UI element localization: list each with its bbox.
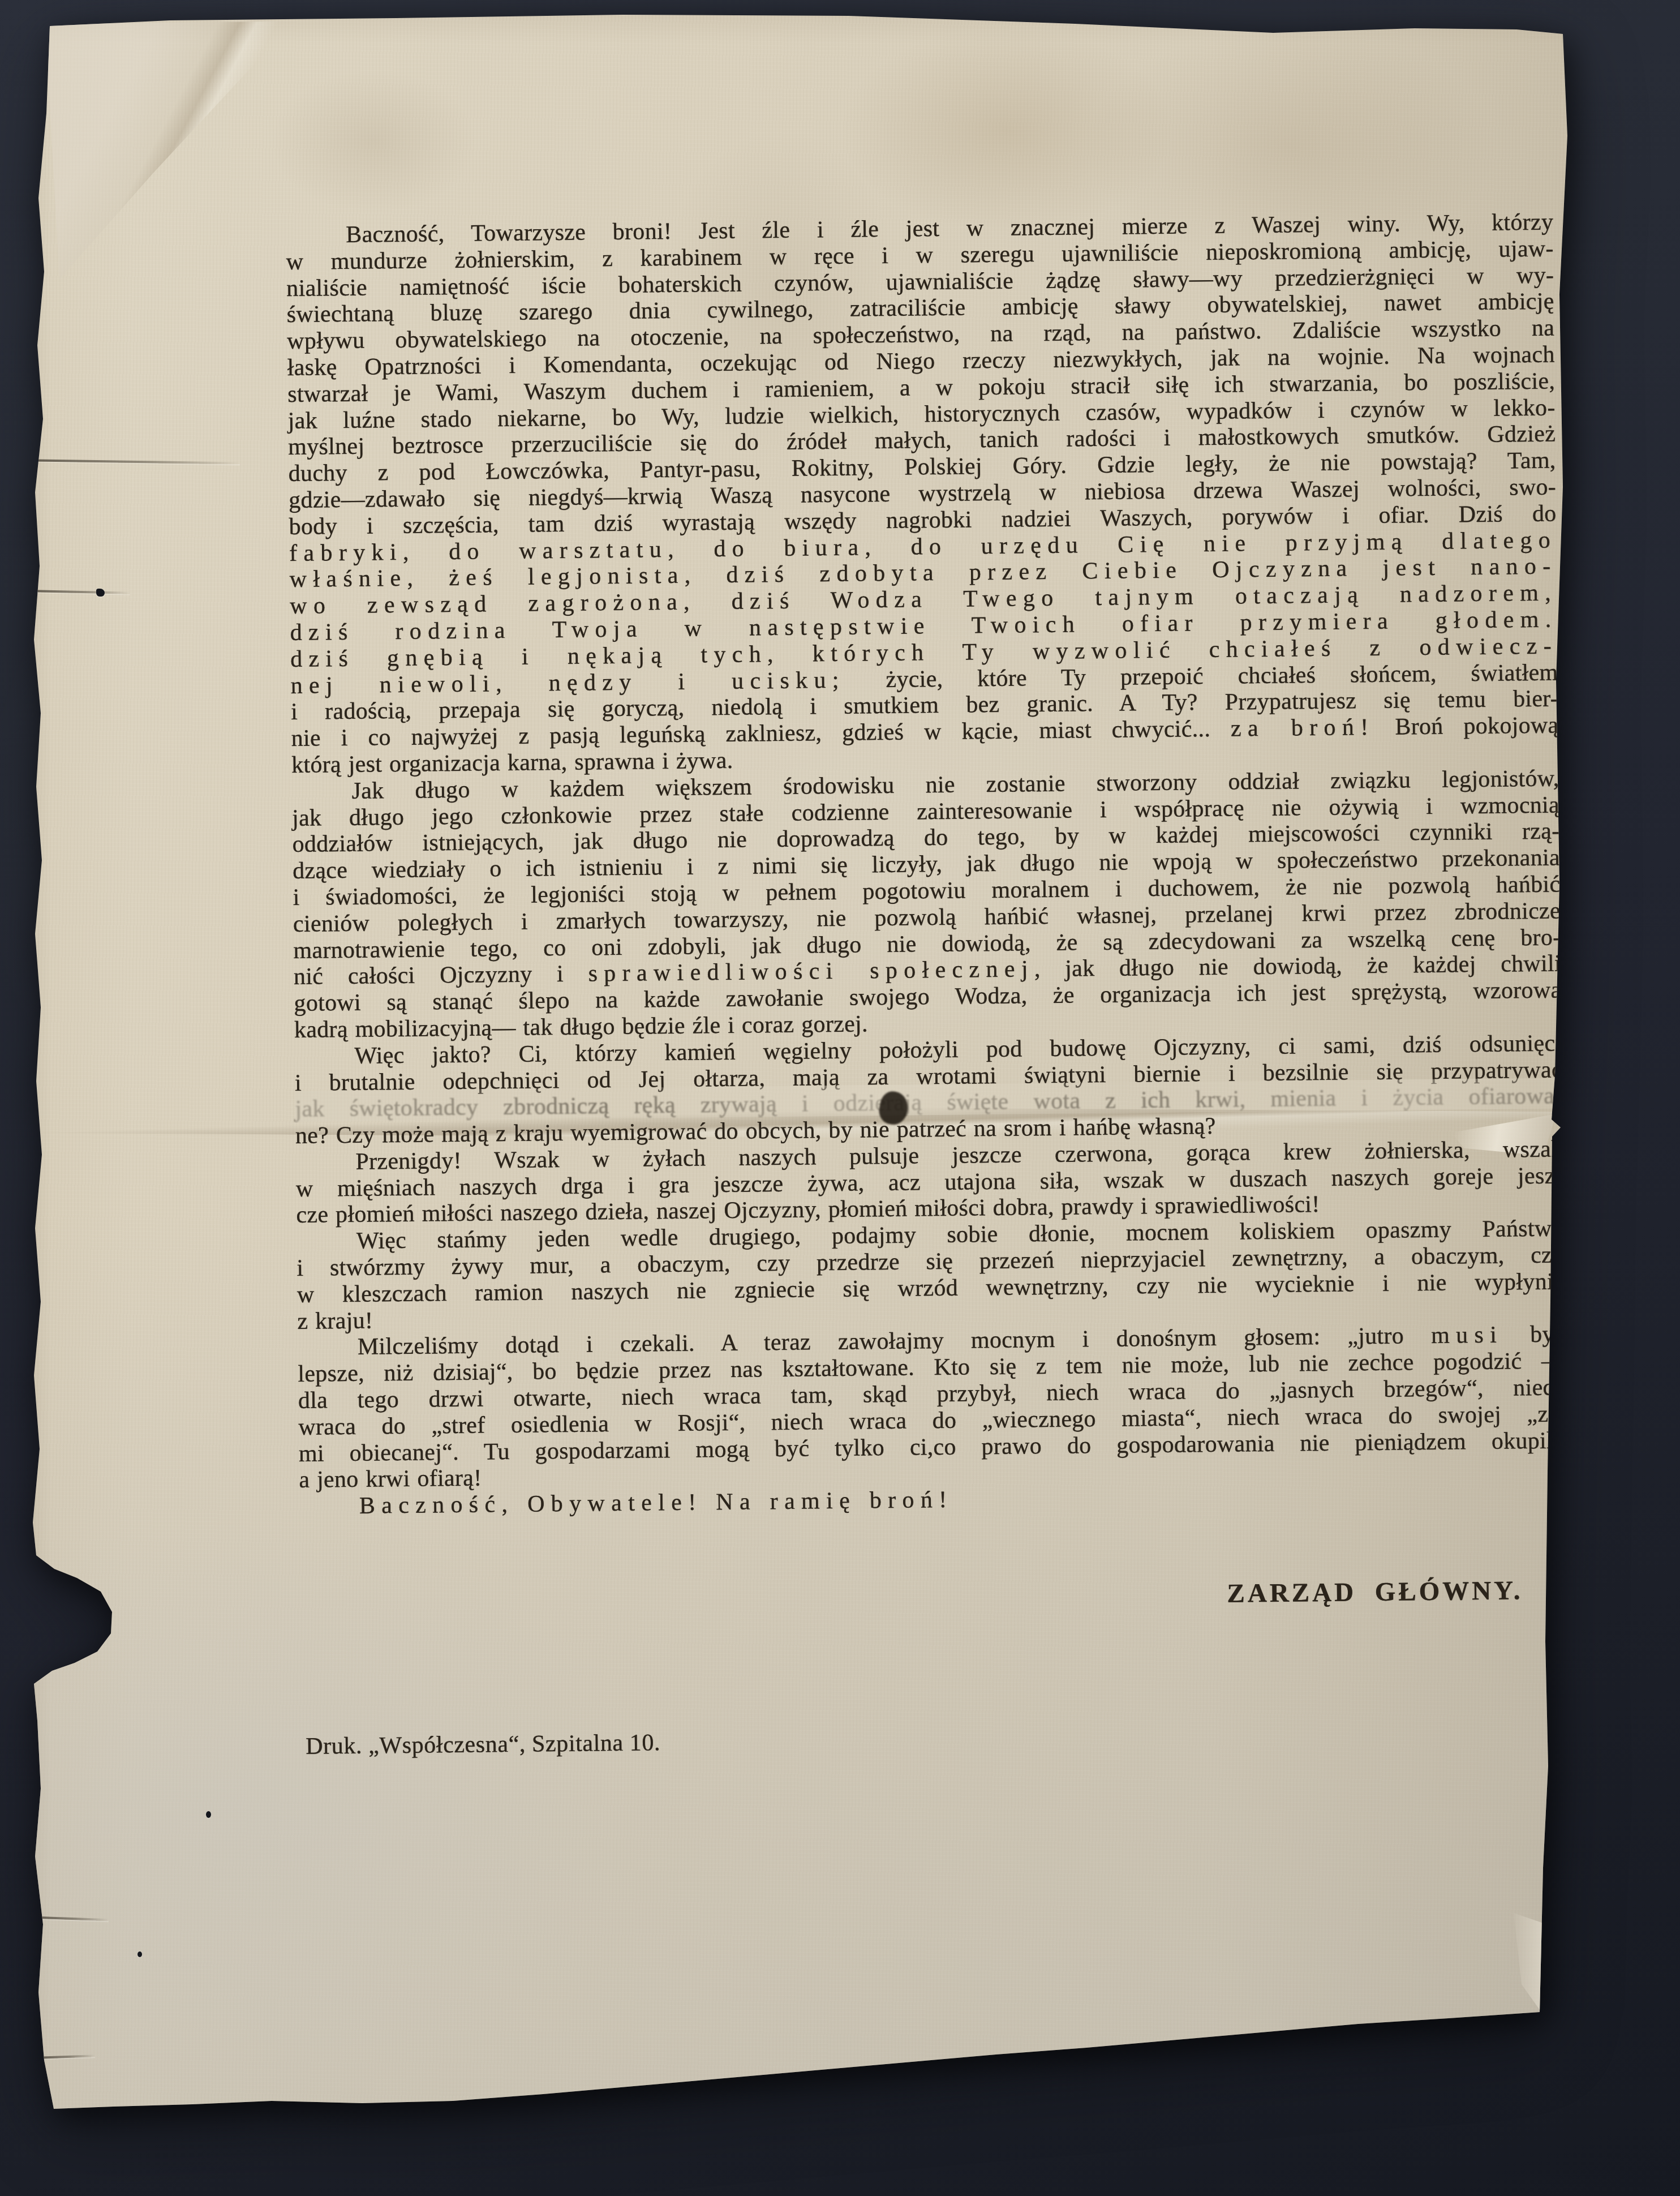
photo-background: Baczność, Towarzysze broni! Jest źle i ź… — [0, 0, 1680, 2196]
printer-imprint: Druk. „Współczesna“, Szpitalna 10. — [306, 1729, 660, 1760]
paper-sheet: Baczność, Towarzysze broni! Jest źle i ź… — [0, 0, 1680, 2196]
text-segment: za broń! — [1231, 714, 1375, 742]
text-segment: Baczność, Obywatele! Na ramię broń! — [359, 1487, 953, 1519]
text-segment: nić całości Ojczyzny i — [294, 961, 588, 990]
printed-text-layer: Baczność, Towarzysze broni! Jest źle i ź… — [0, 0, 1680, 2196]
paper-shadow-wrap: Baczność, Towarzysze broni! Jest źle i ź… — [0, 0, 1680, 2196]
text-segment: sprawiedliwości społecznej — [588, 957, 1034, 987]
signature: ZARZĄD GŁÓWNY. — [1227, 1575, 1523, 1609]
text-segment: musi — [1431, 1322, 1503, 1349]
document-body: Baczność, Towarzysze broni! Jest źle i ź… — [286, 209, 1567, 1520]
text-segment: a jeno krwi ofiarą! — [299, 1465, 482, 1493]
text-segment: z kraju! — [297, 1307, 373, 1334]
text-segment: Broń pokojową — [1374, 713, 1558, 740]
text-segment: być — [1503, 1322, 1565, 1348]
text-segment: którą jest organizacja karna, sprawna i … — [291, 748, 733, 778]
